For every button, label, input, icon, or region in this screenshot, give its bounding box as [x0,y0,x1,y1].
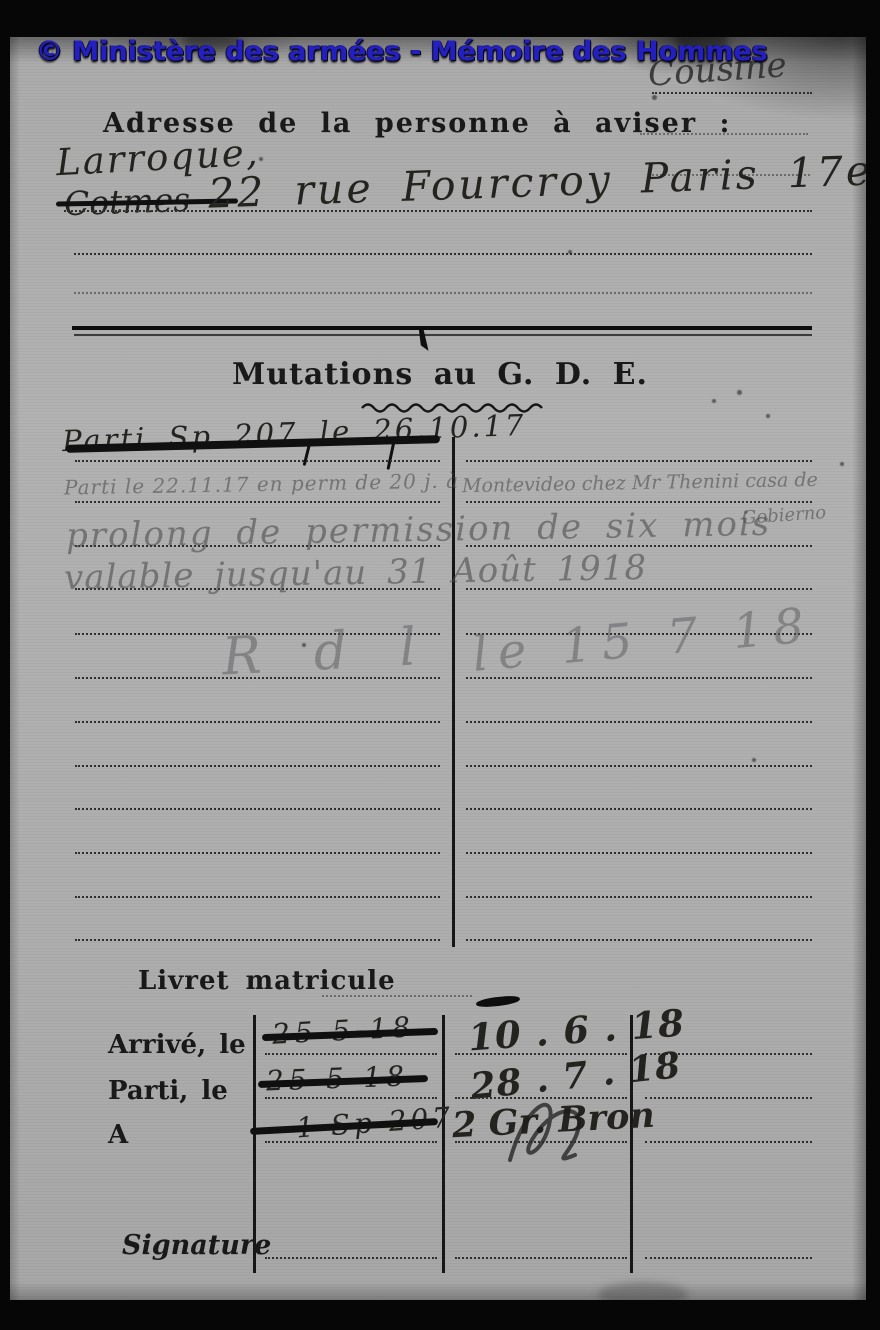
scan-border-bottom [0,1300,880,1330]
thin-rule [74,334,812,336]
dotted-line [75,721,440,723]
dotted-line [75,808,440,810]
dotted-line [265,1257,437,1259]
scanned-document: © Ministère des armées - Mémoire des Hom… [0,0,880,1330]
livret-label: Livret matricule [138,966,396,996]
paper-speckle [752,758,756,762]
signature-label: Signature [122,1230,271,1261]
dotted-line [64,210,812,212]
dotted-line [466,896,812,898]
thick-rule [72,326,812,330]
dotted-line [265,1141,437,1143]
row-label-a: A [108,1120,128,1150]
dotted-line [74,292,812,294]
pencil-entry: R d l [221,616,436,687]
dotted-line [466,808,812,810]
copyright-watermark-overlay: © Ministère des armées - Mémoire des Hom… [36,36,768,67]
paper-speckle [302,643,306,647]
scan-border-top [0,0,880,37]
dotted-line [75,460,440,462]
dotted-line [75,501,440,503]
dotted-line [645,1141,812,1143]
dotted-line [75,896,440,898]
paper-speckle [737,390,742,395]
dotted-line [75,765,440,767]
dotted-line [322,995,472,997]
dotted-line [265,1053,437,1055]
dotted-line [75,939,440,941]
dotted-line [466,501,812,503]
row-label-parti: Parti, le [108,1076,228,1106]
dotted-line [640,133,808,135]
dotted-line [466,460,812,462]
paper-speckle [766,414,770,418]
row-label-arrive: Arrivé, le [108,1030,246,1060]
dotted-line [265,1097,437,1099]
paper-speckle [840,462,844,466]
dotted-line [645,1257,812,1259]
dotted-line [466,765,812,767]
dotted-line [74,253,812,255]
annotation-underline [652,92,812,94]
dotted-line [455,1141,627,1143]
dotted-line [455,1257,627,1259]
scan-border-right [866,0,880,1330]
table-rule [442,1015,445,1273]
paper-speckle [568,250,572,254]
scan-border-left [0,0,10,1330]
dotted-line [75,852,440,854]
dotted-line [645,1097,812,1099]
dotted-line [466,939,812,941]
dotted-line [466,852,812,854]
paper-speckle [712,399,716,403]
paper-speckle [652,95,657,100]
section-title: Mutations au G. D. E. [0,357,880,392]
paper-speckle [187,122,191,126]
dotted-line [466,721,812,723]
paper-speckle [259,157,263,161]
signature-scrawl [480,1085,630,1175]
